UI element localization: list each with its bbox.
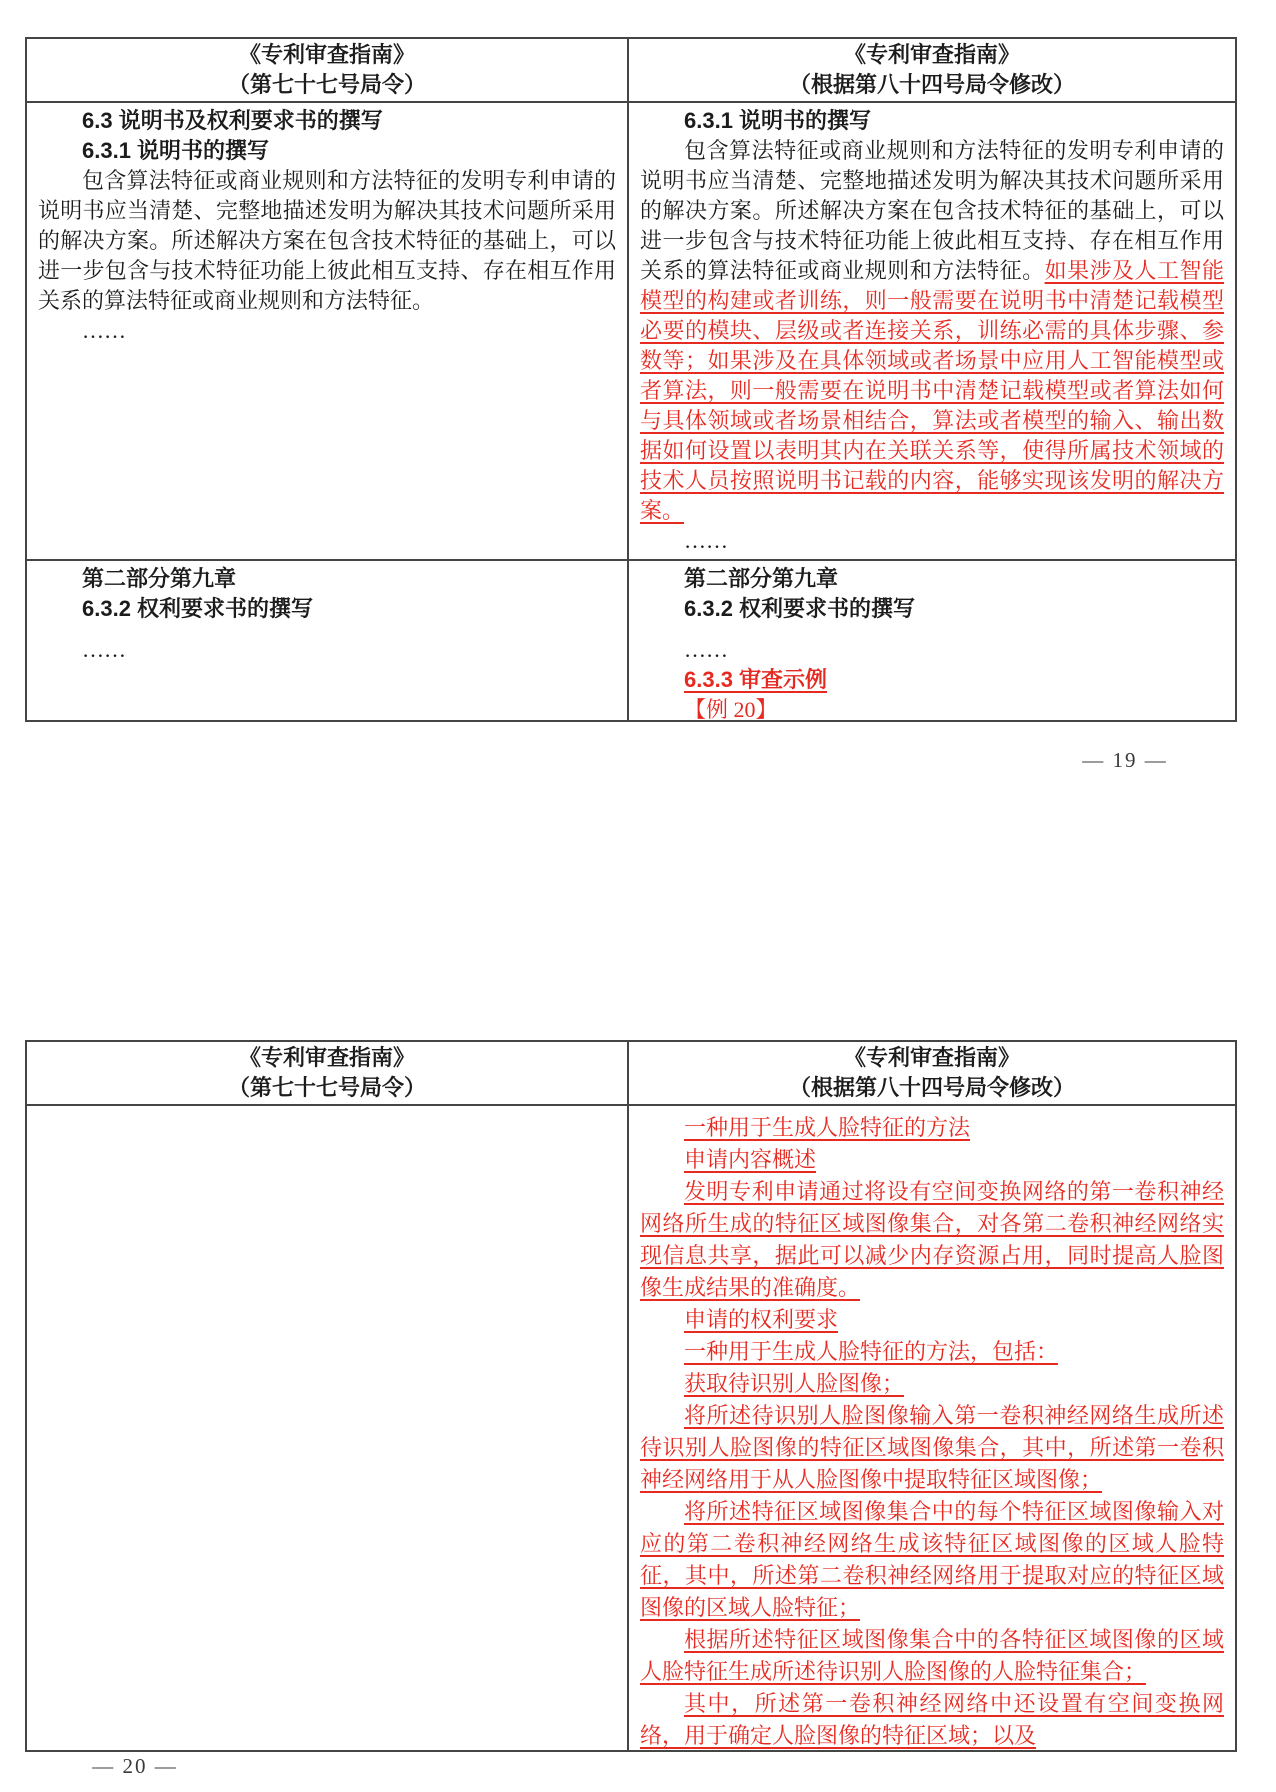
section-heading-6-3-2-new: 6.3.2 权利要求书的撰写 bbox=[640, 594, 1224, 624]
added-example-label: 【例 20】 bbox=[640, 695, 1224, 720]
claim-paragraph-6: 其中，所述第一卷积神经网络中还设置有空间变换网络，用于确定人脸图像的特征区域；以… bbox=[640, 1688, 1224, 1750]
table1-header-cell-new-version: 《专利审查指南》 （根据第八十四号局令修改） bbox=[627, 39, 1235, 101]
old-version-title-2: 《专利审查指南》 bbox=[38, 1043, 616, 1073]
table2-header-cell-old-version: 《专利审查指南》 （第七十七号局令） bbox=[27, 1042, 627, 1104]
new-version-subtitle: （根据第八十四号局令修改） bbox=[640, 70, 1224, 100]
overview-heading: 申请内容概述 bbox=[640, 1144, 1224, 1176]
section-heading-6-3: 6.3 说明书及权利要求书的撰写 bbox=[38, 106, 616, 136]
claim-paragraph-4: 将所述特征区域图像集合中的每个特征区域图像输入对应的第二卷积神经网络生成该特征区… bbox=[640, 1496, 1224, 1624]
claim-paragraph-5: 根据所述特征区域图像集合中的各特征区域图像的区域人脸特征生成所述待识别人脸图像的… bbox=[640, 1624, 1224, 1688]
table2-empty-old-cell bbox=[27, 1106, 627, 1750]
claim-paragraph-1: 一种用于生成人脸特征的方法，包括： bbox=[640, 1336, 1224, 1368]
new-version-subtitle-2: （根据第八十四号局令修改） bbox=[640, 1073, 1224, 1103]
table1-row-2: 第二部分第九章 6.3.2 权利要求书的撰写 …… 第二部分第九章 6.3.2 … bbox=[27, 559, 1235, 720]
old-version-subtitle-2: （第七十七号局令） bbox=[38, 1073, 616, 1103]
old-version-subtitle: （第七十七号局令） bbox=[38, 70, 616, 100]
table1-row2-old-cell: 第二部分第九章 6.3.2 权利要求书的撰写 …… bbox=[27, 561, 627, 720]
new-version-title: 《专利审查指南》 bbox=[640, 40, 1224, 70]
section-heading-6-3-1-new: 6.3.1 说明书的撰写 bbox=[640, 106, 1224, 136]
invention-title: 一种用于生成人脸特征的方法 bbox=[640, 1112, 1224, 1144]
overview-paragraph: 发明专利申请通过将设有空间变换网络的第一卷积神经网络所生成的特征区域图像集合，对… bbox=[640, 1176, 1224, 1304]
table1-header-row: 《专利审查指南》 （第七十七号局令） 《专利审查指南》 （根据第八十四号局令修改… bbox=[27, 39, 1235, 101]
claim-paragraph-2: 获取待识别人脸图像； bbox=[640, 1368, 1224, 1400]
page-number-20: — 20 — bbox=[65, 1754, 205, 1779]
claims-heading: 申请的权利要求 bbox=[640, 1304, 1224, 1336]
added-section-heading-6-3-3: 6.3.3 审查示例 bbox=[640, 665, 1224, 695]
added-text: 如果涉及人工智能模型的构建或者训练，则一般需要在说明书中清楚记载模型必要的模块、… bbox=[640, 258, 1224, 523]
table1-header-cell-old-version: 《专利审查指南》 （第七十七号局令） bbox=[27, 39, 627, 101]
ellipsis-row2-old: …… bbox=[38, 635, 616, 665]
comparison-table-1: 《专利审查指南》 （第七十七号局令） 《专利审查指南》 （根据第八十四号局令修改… bbox=[25, 37, 1237, 722]
ellipsis-row2-new: …… bbox=[640, 635, 1224, 665]
table2-new-cell: 一种用于生成人脸特征的方法 申请内容概述 发明专利申请通过将设有空间变换网络的第… bbox=[627, 1106, 1235, 1750]
ellipsis-old: …… bbox=[38, 316, 616, 346]
table2-header-row: 《专利审查指南》 （第七十七号局令） 《专利审查指南》 （根据第八十四号局令修改… bbox=[27, 1042, 1235, 1104]
ellipsis-new: …… bbox=[640, 526, 1224, 556]
section-heading-6-3-2-old: 6.3.2 权利要求书的撰写 bbox=[38, 594, 616, 624]
part-chapter-heading-new: 第二部分第九章 bbox=[640, 564, 1224, 594]
body-paragraph-new: 包含算法特征或商业规则和方法特征的发明专利申请的说明书应当清楚、完整地描述发明为… bbox=[640, 136, 1224, 526]
table1-row1-old-cell: 6.3 说明书及权利要求书的撰写 6.3.1 说明书的撰写 包含算法特征或商业规… bbox=[27, 103, 627, 559]
body-paragraph-old: 包含算法特征或商业规则和方法特征的发明专利申请的说明书应当清楚、完整地描述发明为… bbox=[38, 166, 616, 316]
table1-row-1: 6.3 说明书及权利要求书的撰写 6.3.1 说明书的撰写 包含算法特征或商业规… bbox=[27, 101, 1235, 559]
old-version-title: 《专利审查指南》 bbox=[38, 40, 616, 70]
table1-row1-new-cell: 6.3.1 说明书的撰写 包含算法特征或商业规则和方法特征的发明专利申请的说明书… bbox=[627, 103, 1235, 559]
claim-paragraph-3: 将所述待识别人脸图像输入第一卷积神经网络生成所述待识别人脸图像的特征区域图像集合… bbox=[640, 1400, 1224, 1496]
new-version-title-2: 《专利审查指南》 bbox=[640, 1043, 1224, 1073]
comparison-table-2: 《专利审查指南》 （第七十七号局令） 《专利审查指南》 （根据第八十四号局令修改… bbox=[25, 1040, 1237, 1752]
section-heading-6-3-1-old: 6.3.1 说明书的撰写 bbox=[38, 136, 616, 166]
page-number-19: — 19 — bbox=[1055, 748, 1195, 773]
document-page: 《专利审查指南》 （第七十七号局令） 《专利审查指南》 （根据第八十四号局令修改… bbox=[0, 0, 1276, 1792]
part-chapter-heading-old: 第二部分第九章 bbox=[38, 564, 616, 594]
table2-content-row: 一种用于生成人脸特征的方法 申请内容概述 发明专利申请通过将设有空间变换网络的第… bbox=[27, 1104, 1235, 1750]
table2-header-cell-new-version: 《专利审查指南》 （根据第八十四号局令修改） bbox=[627, 1042, 1235, 1104]
table1-row2-new-cell: 第二部分第九章 6.3.2 权利要求书的撰写 …… 6.3.3 审查示例 【例 … bbox=[627, 561, 1235, 720]
